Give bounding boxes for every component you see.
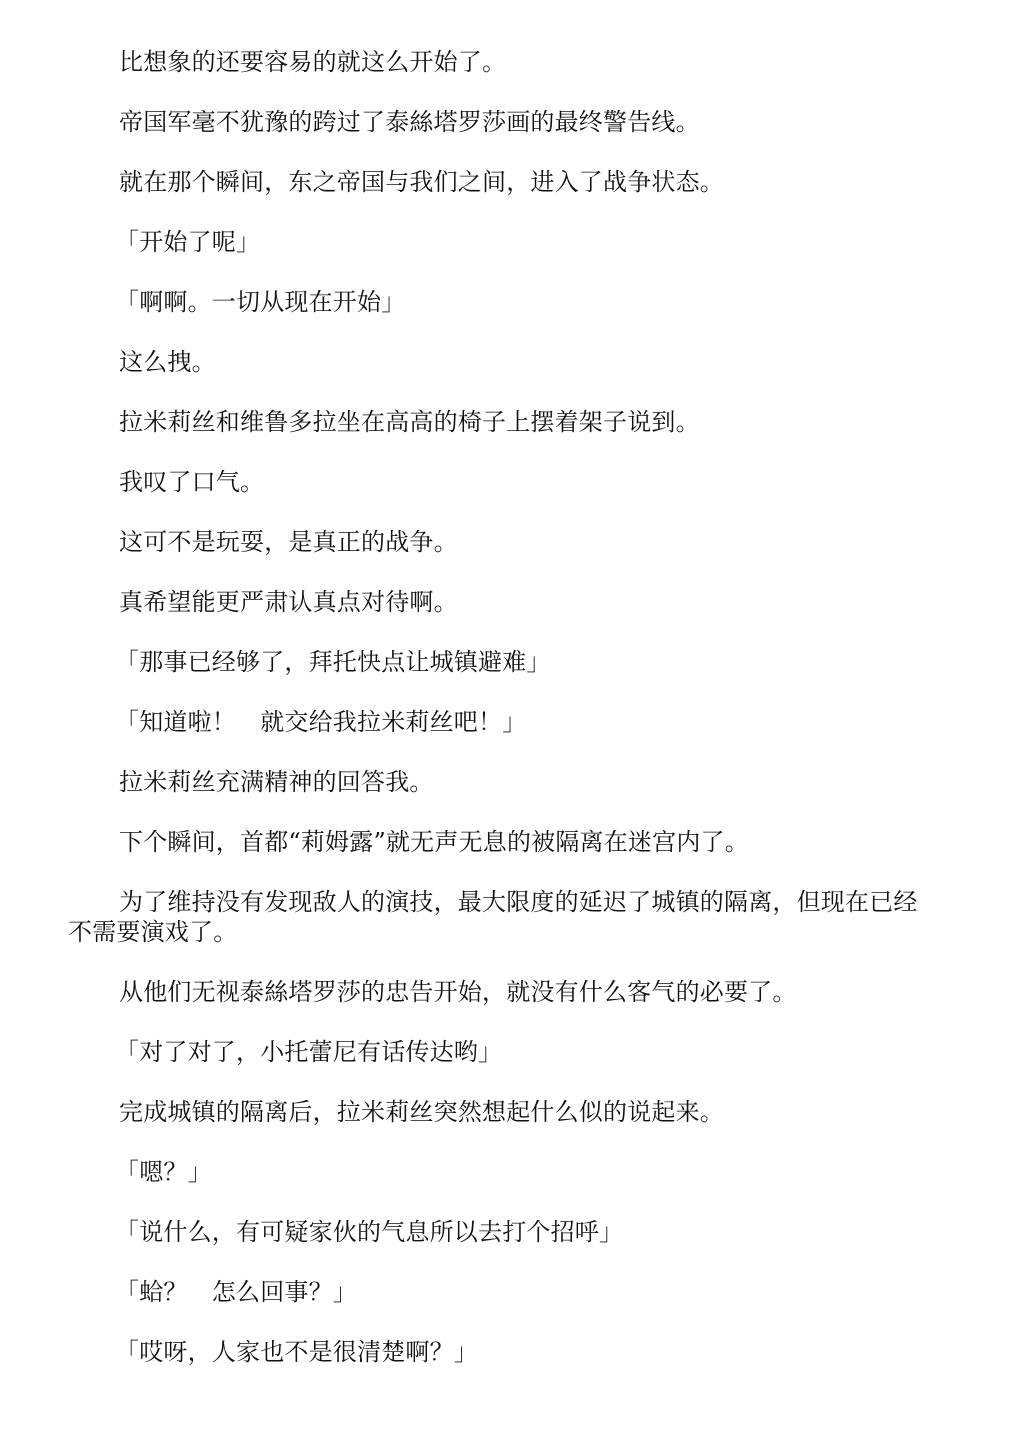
- paragraph-dialogue: 「蛤？ 怎么回事？」: [68, 1277, 930, 1307]
- paragraph-narration: 下个瞬间，首都“莉姆露”就无声无息的被隔离在迷宫内了。: [68, 827, 930, 857]
- paragraph-narration: 完成城镇的隔离后，拉米莉丝突然想起什么似的说起来。: [68, 1097, 930, 1127]
- paragraph-dialogue: 「开始了呢」: [68, 227, 930, 257]
- paragraph-dialogue: 「嗯？」: [68, 1157, 930, 1187]
- paragraph-narration: 比想象的还要容易的就这么开始了。: [68, 47, 930, 77]
- document-page: 比想象的还要容易的就这么开始了。 帝国军毫不犹豫的跨过了泰絲塔罗莎画的最终警告线…: [68, 47, 930, 1397]
- paragraph-dialogue: 「啊啊。一切从现在开始」: [68, 287, 930, 317]
- paragraph-dialogue: 「对了对了，小托蕾尼有话传达哟」: [68, 1037, 930, 1067]
- paragraph-dialogue: 「知道啦！ 就交给我拉米莉丝吧！」: [68, 707, 930, 737]
- paragraph-narration: 就在那个瞬间，东之帝国与我们之间，进入了战争状态。: [68, 167, 930, 197]
- paragraph-narration: 我叹了口气。: [68, 467, 930, 497]
- paragraph-narration: 真希望能更严肃认真点对待啊。: [68, 587, 930, 617]
- paragraph-narration: 从他们无视泰絲塔罗莎的忠告开始，就没有什么客气的必要了。: [68, 977, 930, 1007]
- paragraph-narration: 为了维持没有发现敌人的演技，最大限度的延迟了城镇的隔离，但现在已经不需要演戏了。: [68, 887, 930, 947]
- paragraph-narration: 拉米莉丝充满精神的回答我。: [68, 767, 930, 797]
- paragraph-narration: 这么拽。: [68, 347, 930, 377]
- paragraph-narration: 拉米莉丝和维鲁多拉坐在高高的椅子上摆着架子说到。: [68, 407, 930, 437]
- paragraph-dialogue: 「说什么，有可疑家伙的气息所以去打个招呼」: [68, 1217, 930, 1247]
- paragraph-narration: 这可不是玩耍，是真正的战争。: [68, 527, 930, 557]
- paragraph-narration: 帝国军毫不犹豫的跨过了泰絲塔罗莎画的最终警告线。: [68, 107, 930, 137]
- paragraph-dialogue: 「哎呀，人家也不是很清楚啊？」: [68, 1337, 930, 1367]
- paragraph-dialogue: 「那事已经够了，拜托快点让城镇避难」: [68, 647, 930, 677]
